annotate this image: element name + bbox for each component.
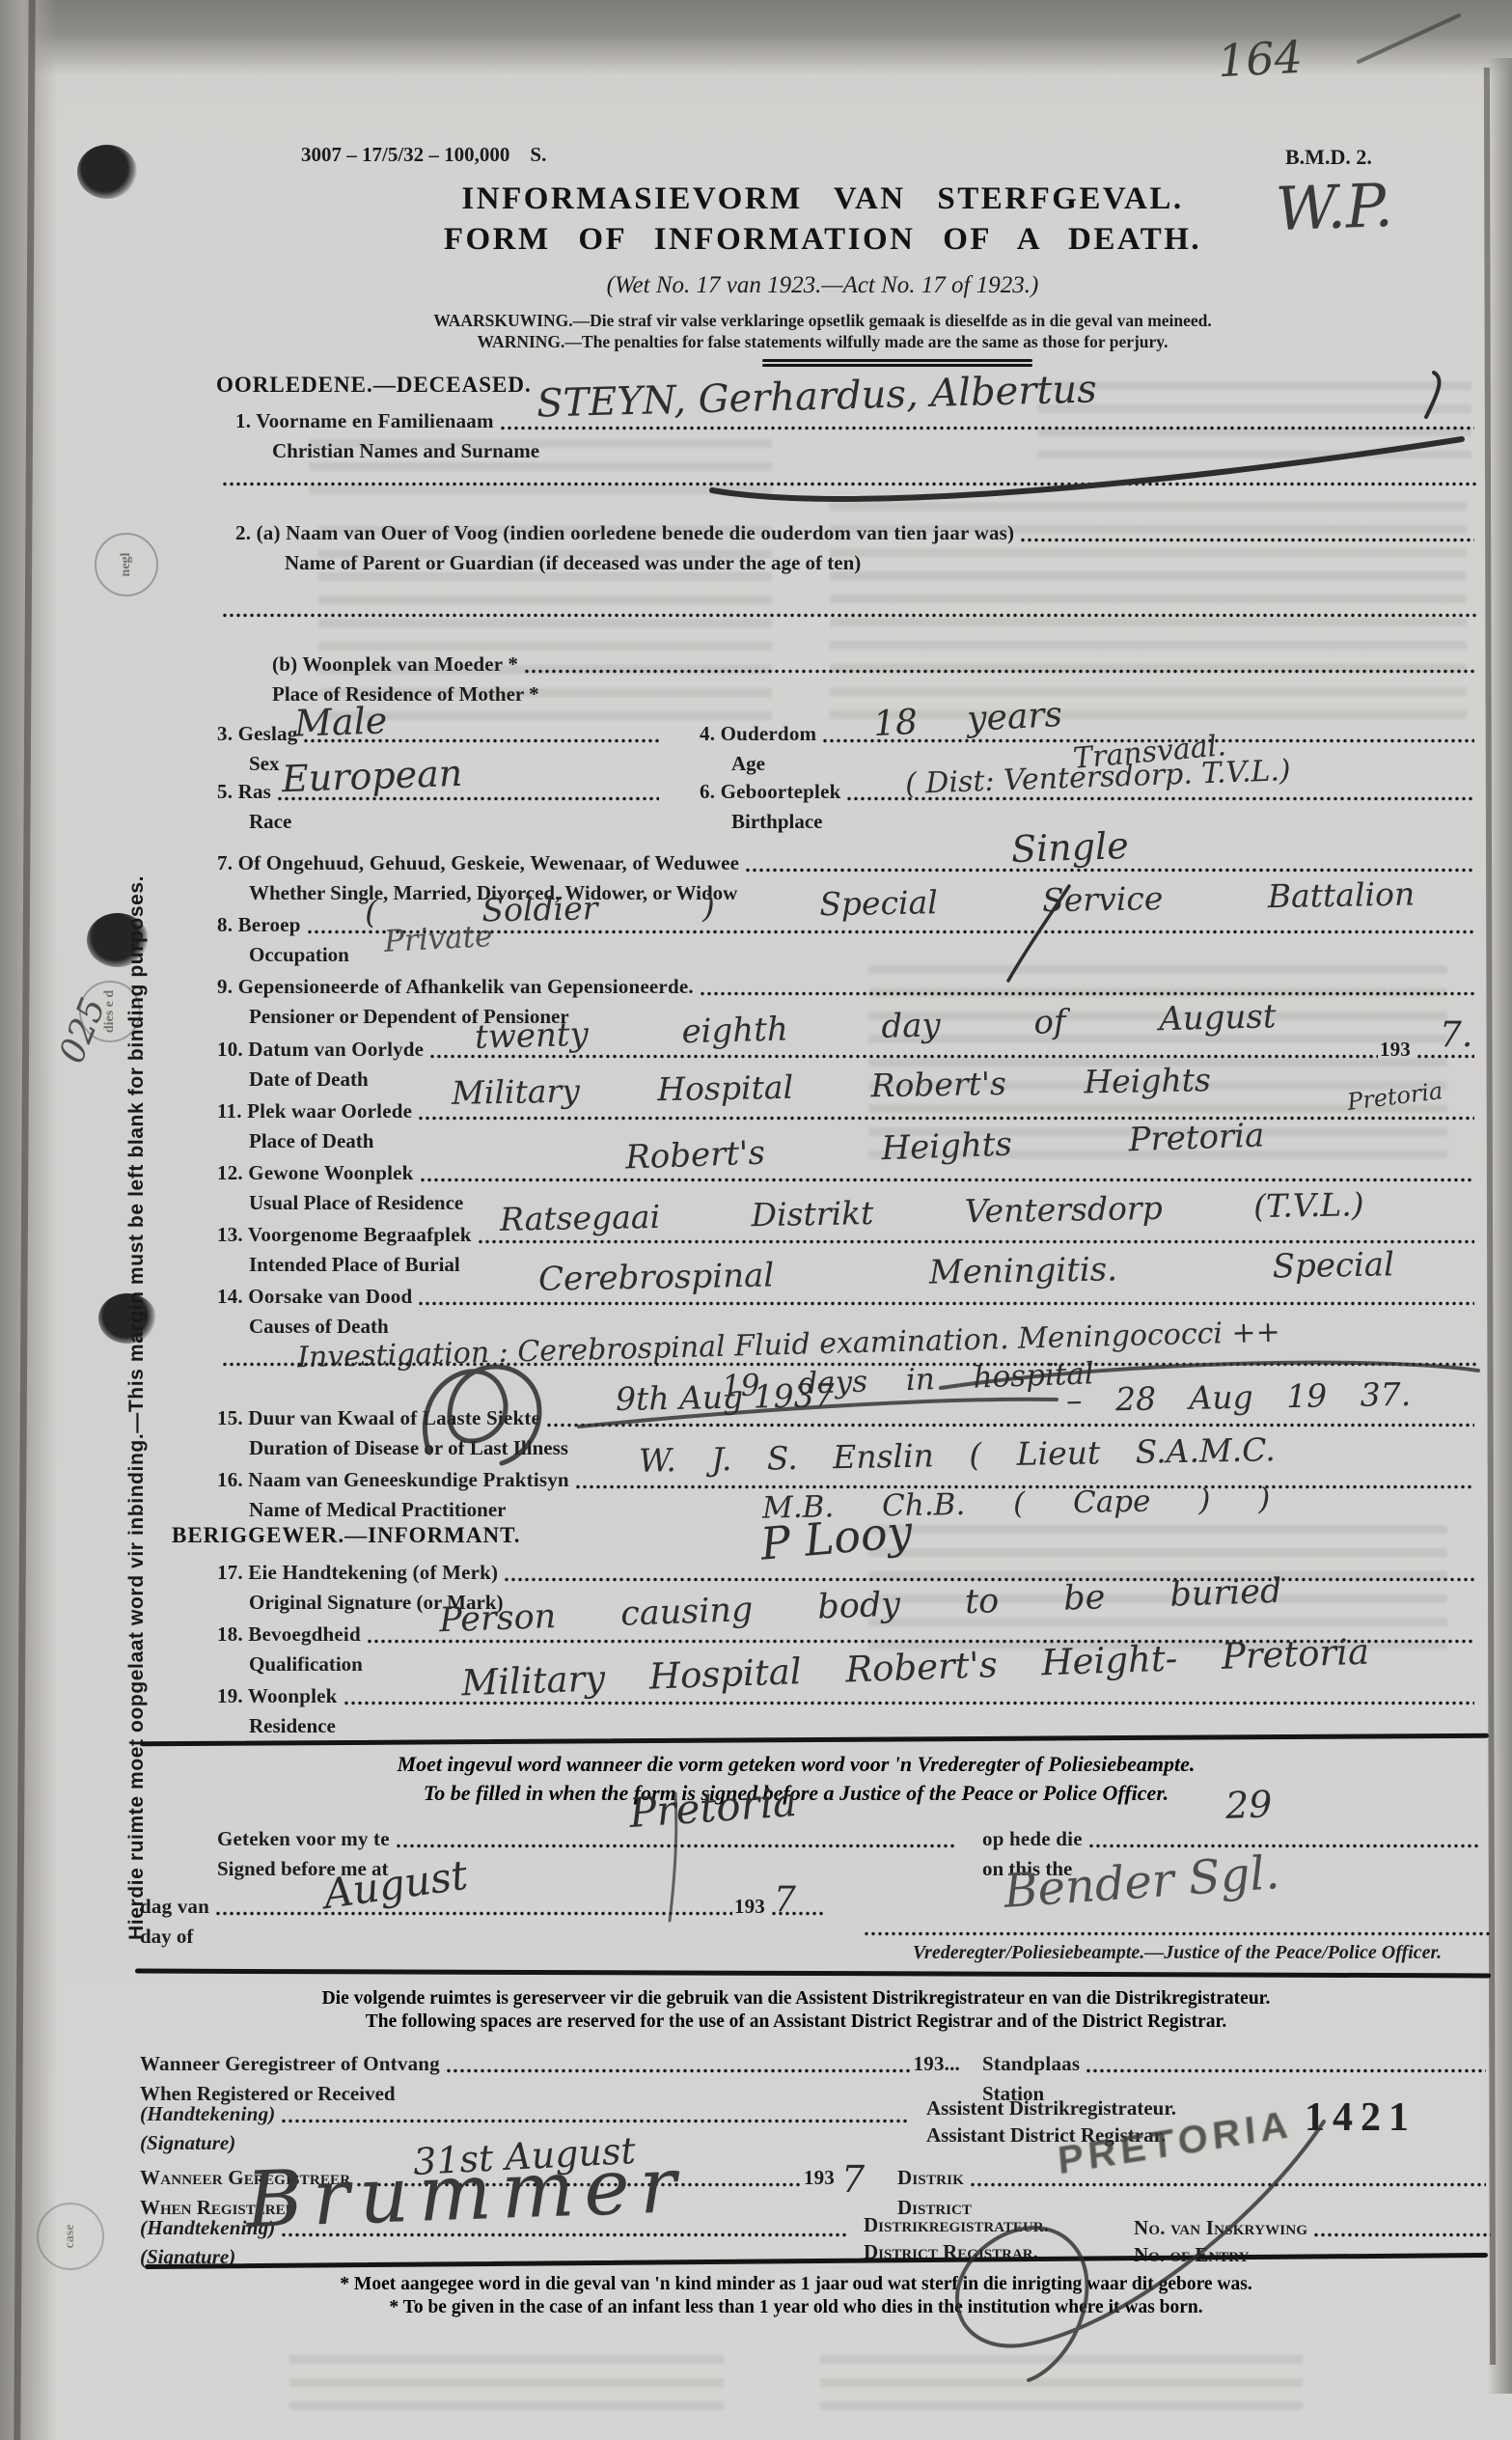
field-label-eng: Age bbox=[731, 752, 765, 776]
handwritten-rank: Private bbox=[383, 919, 493, 959]
field-label: 4. Ouderdom bbox=[700, 722, 816, 746]
section-heading-informant: BERIGGEWER.—INFORMANT. bbox=[172, 1523, 521, 1548]
dotted-leader bbox=[500, 425, 1474, 431]
dotted-leader bbox=[418, 1300, 1474, 1307]
act-reference: (Wet No. 17 van 1923.—Act No. 17 of 1923… bbox=[222, 272, 1423, 299]
warning-english: WARNING.—The penalties for false stateme… bbox=[222, 332, 1423, 352]
dotted-leader bbox=[546, 1422, 1474, 1428]
field-label-eng: (Signature) bbox=[140, 2131, 235, 2155]
field-label: 9. Gepensioneerde of Afhankelik van Gepe… bbox=[217, 975, 694, 999]
handwritten-year-digit: 7 bbox=[774, 1880, 796, 1920]
field-label: 8. Beroep bbox=[217, 913, 301, 937]
field-label: 11. Plek waar Oorlede bbox=[217, 1099, 412, 1123]
field-label: dag van bbox=[140, 1895, 209, 1919]
asst-registrar-label-afr: Assistent Distrikregistrateur. bbox=[926, 2096, 1176, 2121]
year-prefix: 193 bbox=[804, 2166, 835, 2190]
field-label: 12. Gewone Woonplek bbox=[217, 1161, 414, 1185]
field-row-pensioner: 9. Gepensioneerde of Afhankelik van Gepe… bbox=[217, 975, 1476, 999]
field-label-eng: day of bbox=[140, 1925, 193, 1949]
dotted-leader bbox=[864, 1930, 1491, 1937]
field-label: Geteken voor my te bbox=[217, 1827, 390, 1851]
dotted-leader bbox=[700, 990, 1474, 997]
dotted-leader bbox=[281, 2118, 910, 2124]
footnote-afrikaans: * Moet aangegee word in die geval van 'n… bbox=[174, 2274, 1418, 2295]
field-label-eng: Intended Place of Burial bbox=[249, 1253, 460, 1277]
field-row-entry-no: No. van Inskrywing bbox=[1134, 2216, 1493, 2240]
scanned-death-form-page: negl dies e d case 025 Hierdie ruimte mo… bbox=[0, 0, 1512, 2440]
field-label: 3. Geslag bbox=[217, 722, 297, 746]
field-label: op hede die bbox=[982, 1827, 1083, 1851]
dotted-leader bbox=[1086, 2067, 1486, 2074]
handwritten-year-digit: 7 bbox=[841, 2158, 865, 2201]
field-row-marital-status: 7. Of Ongehuud, Gehuud, Geskeie, Wewenaa… bbox=[217, 851, 1476, 875]
field-label-eng: Causes of Death bbox=[249, 1315, 389, 1339]
margin-stamp: case bbox=[37, 2203, 104, 2270]
dotted-leader bbox=[396, 1843, 956, 1849]
field-label-eng: Occupation bbox=[249, 943, 349, 967]
form-code: B.M.D. 2. bbox=[1285, 145, 1372, 170]
field-label: 1. Voorname en Familienaam bbox=[235, 409, 494, 433]
field-row-when-received: Wanneer Geregistreer of Ontvang193... bbox=[140, 2052, 960, 2076]
dotted-leader bbox=[970, 2181, 1486, 2188]
dotted-leader bbox=[745, 867, 1474, 873]
field-row-informant-signature: 17. Eie Handtekening (of Merk) bbox=[217, 1561, 1476, 1585]
field-label-eng: Place of Death bbox=[249, 1129, 373, 1153]
year-prefix: 193... bbox=[914, 2052, 960, 2076]
margin-stamp: negl bbox=[95, 533, 158, 596]
field-label-eng: Date of Death bbox=[249, 1067, 369, 1092]
field-label-eng: Residence bbox=[249, 1714, 336, 1738]
field-row-signed-before: Geteken voor my te bbox=[217, 1827, 958, 1851]
field-label: Wanneer Geregistreer of Ontvang bbox=[140, 2052, 440, 2076]
field-label-eng: Name of Medical Practitioner bbox=[249, 1498, 506, 1522]
page-number-handwritten: 164 bbox=[1217, 31, 1305, 88]
dotted-leader bbox=[524, 668, 1474, 675]
field-label: (b) Woonplek van Moeder * bbox=[272, 652, 518, 677]
field-row-day-of: dag van193 bbox=[140, 1895, 827, 1919]
field-label: 10. Datum van Oorlyde bbox=[217, 1038, 424, 1062]
field-label: 7. Of Ongehuud, Gehuud, Geskeie, Wewenaa… bbox=[217, 851, 739, 875]
dotted-leader bbox=[215, 1910, 732, 1917]
dotted-leader bbox=[446, 2067, 912, 2074]
dotted-leader bbox=[478, 1238, 1474, 1245]
field-label: 2. (a) Naam van Ouer of Voog (indien oor… bbox=[235, 521, 1014, 545]
handwritten-race: European bbox=[281, 752, 463, 801]
handwritten-sex: Male bbox=[293, 699, 388, 744]
punch-hole bbox=[77, 145, 137, 199]
field-label: 13. Voorgenome Begraafplek bbox=[217, 1223, 472, 1247]
year-prefix: 193 bbox=[1380, 1038, 1411, 1062]
field-label: 15. Duur van Kwaal of Laaste Siekte bbox=[217, 1406, 540, 1430]
title-afrikaans: INFORMASIEVORM VAN STERFGEVAL. bbox=[222, 181, 1423, 217]
registrar-note-afrikaans: Die volgende ruimtes is gereserveer vir … bbox=[174, 1988, 1418, 2010]
field-row-mother-residence: (b) Woonplek van Moeder * bbox=[272, 652, 1476, 677]
officer-caption: Vrederegter/Poliesiebeampte.—Justice of … bbox=[864, 1942, 1491, 1964]
field-label: 16. Naam van Geneeskundige Praktisyn bbox=[217, 1468, 569, 1492]
field-label-eng: Sex bbox=[249, 752, 280, 776]
dotted-leader bbox=[1313, 2232, 1491, 2238]
field-label-eng: Duration of Disease or of Last Illness bbox=[249, 1436, 568, 1460]
binding-margin-text: Hierdie ruimte moet oopgelaat word vir i… bbox=[125, 598, 149, 1940]
registrar-note-english: The following spaces are reserved for th… bbox=[174, 2011, 1418, 2033]
handwritten-year-digit: 7. bbox=[1440, 1015, 1472, 1055]
entry-number-stamp: 1421 bbox=[1305, 2094, 1416, 2141]
field-label: 6. Geboorteplek bbox=[700, 780, 840, 804]
print-code: 3007 – 17/5/32 – 100,000 S. bbox=[301, 143, 546, 167]
field-row-parent: 2. (a) Naam van Ouer of Voog (indien oor… bbox=[235, 521, 1476, 545]
field-label: (Handtekening) bbox=[140, 2102, 275, 2126]
field-row-on-this: op hede die bbox=[982, 1827, 1481, 1851]
margin-stamp-text: negl bbox=[120, 553, 134, 577]
field-label-eng: Race bbox=[249, 810, 291, 834]
dotted-leader bbox=[222, 612, 1476, 619]
margin-stamp-text: case bbox=[64, 2225, 78, 2249]
field-label: 18. Bevoegdheid bbox=[217, 1622, 361, 1647]
dotted-leader bbox=[420, 1177, 1474, 1183]
field-label-eng: Name of Parent or Guardian (if deceased … bbox=[285, 551, 861, 575]
divider-double-rule bbox=[762, 359, 1032, 362]
field-row-district: Distrik bbox=[897, 2166, 1488, 2190]
title-english: FORM OF INFORMATION OF A DEATH. bbox=[222, 222, 1423, 258]
field-label: 14. Oorsake van Dood bbox=[217, 1285, 412, 1309]
year-prefix: 193 bbox=[734, 1895, 765, 1919]
field-label: 19. Woonplek bbox=[217, 1684, 338, 1708]
field-label-eng: Christian Names and Surname bbox=[272, 439, 539, 463]
dotted-leader bbox=[222, 481, 1476, 487]
field-label: Distrik bbox=[897, 2166, 964, 2190]
dotted-leader bbox=[1020, 537, 1474, 543]
handwritten-registrar-signature: Brummer bbox=[245, 2140, 688, 2245]
field-row-station: Standplaas bbox=[982, 2052, 1488, 2076]
bleed-through-text bbox=[820, 2355, 1303, 2413]
field-label-eng: Usual Place of Residence bbox=[249, 1191, 463, 1215]
handwritten-duration-start: 9th Aug 1937 bbox=[616, 1376, 835, 1418]
field-label: 5. Ras bbox=[217, 780, 271, 804]
section-heading-deceased: OORLEDENE.—DECEASED. bbox=[216, 373, 532, 398]
handwritten-marital-status: Single bbox=[1010, 824, 1129, 871]
field-label-eng: Birthplace bbox=[731, 810, 823, 834]
bleed-through-text bbox=[289, 2355, 724, 2413]
field-label: No. van Inskrywing bbox=[1134, 2216, 1307, 2240]
field-row-sex: 3. Geslag bbox=[217, 722, 661, 746]
footnote-english: * To be given in the case of an infant l… bbox=[174, 2297, 1418, 2318]
field-label-eng: Qualification bbox=[249, 1652, 363, 1677]
dotted-leader bbox=[1088, 1843, 1479, 1849]
justice-note-afrikaans: Moet ingevul word wanneer die vorm getek… bbox=[174, 1752, 1418, 1777]
handwritten-duration-end: – 28 Aug 19 37. bbox=[1066, 1375, 1412, 1419]
handwritten-day-number: 29 bbox=[1224, 1783, 1273, 1827]
field-label: 17. Eie Handtekening (of Merk) bbox=[217, 1561, 498, 1585]
field-label: Standplaas bbox=[982, 2052, 1080, 2076]
registrar-label-afr: Distrikregistrateur. bbox=[864, 2213, 1049, 2237]
dotted-leader bbox=[418, 1115, 1474, 1122]
field-row-asst-signature: (Handtekening) bbox=[140, 2102, 912, 2126]
warning-afrikaans: WAARSKUWING.—Die straf vir valse verklar… bbox=[222, 311, 1423, 331]
divider-double-rule bbox=[762, 364, 1032, 367]
